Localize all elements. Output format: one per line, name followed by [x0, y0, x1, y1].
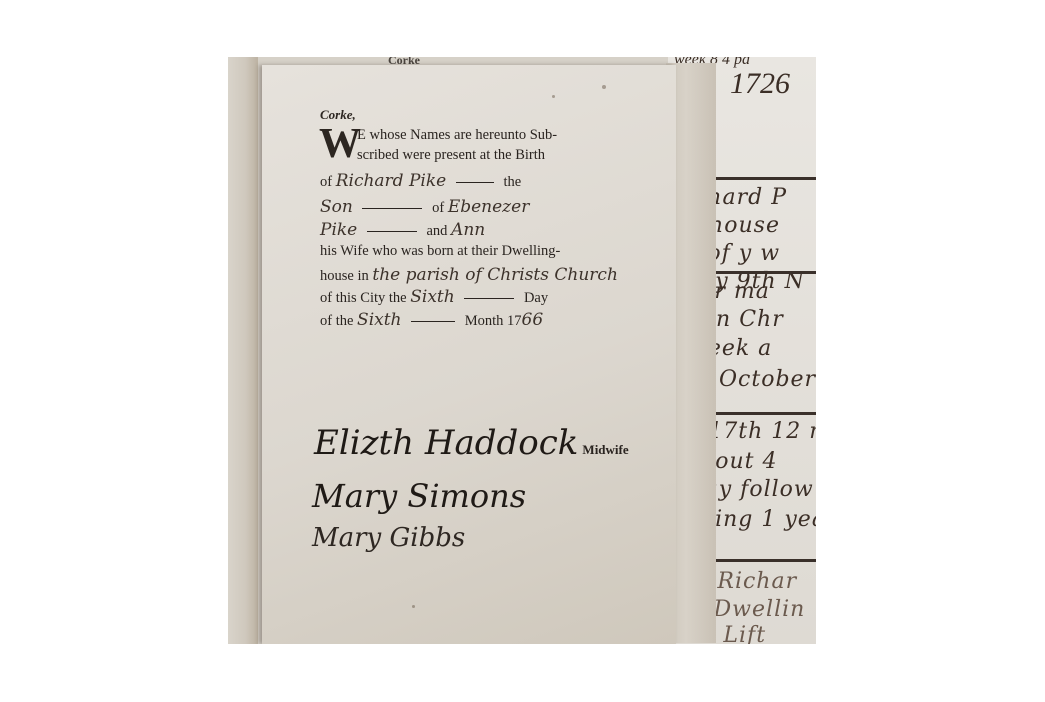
ink-spot — [412, 605, 415, 608]
child-name: Richard Pike — [336, 171, 447, 191]
cert-line-4: Son of Ebenezer — [320, 197, 529, 217]
birth-day: Sixth — [410, 287, 454, 307]
mother-name: Ann — [451, 220, 485, 240]
drop-cap: W — [319, 123, 361, 165]
cert-line-2: scribed were present at the Birth — [357, 147, 545, 164]
birth-year-suffix: 66 — [522, 310, 544, 330]
cert-line-9: of the Sixth Month 1766 — [320, 310, 543, 330]
birth-certificate: Corke, W E whose Names are hereunto Sub-… — [262, 65, 676, 644]
cert-line-5: Pike and Ann — [320, 220, 485, 240]
cert-line-6: his Wife who was born at their Dwelling- — [320, 243, 560, 260]
ink-spot — [602, 85, 606, 89]
birth-month: Sixth — [357, 310, 401, 330]
cert-line-1: E whose Names are hereunto Sub- — [357, 127, 557, 144]
cert-line-8: of this City the Sixth Day — [320, 287, 548, 307]
signature-witness-1: Mary Simons — [312, 477, 526, 515]
signature-midwife: Elizth HaddockMidwife — [314, 423, 629, 463]
cert-line-3: of Richard Pike the — [320, 171, 521, 191]
cert-line-7: house in the parish of Christs Church — [320, 265, 618, 285]
parish: the parish of Christs Church — [372, 265, 618, 285]
ledger-year: 1726 — [730, 67, 790, 101]
document-photograph: Corke week 8 4 pa 1726 ichard P g house … — [228, 57, 816, 644]
ink-spot — [552, 95, 555, 98]
midwife-label: Midwife — [582, 442, 628, 457]
signature-witness-2: Mary Gibbs — [312, 523, 465, 553]
father-name: Ebenezer — [448, 197, 530, 217]
